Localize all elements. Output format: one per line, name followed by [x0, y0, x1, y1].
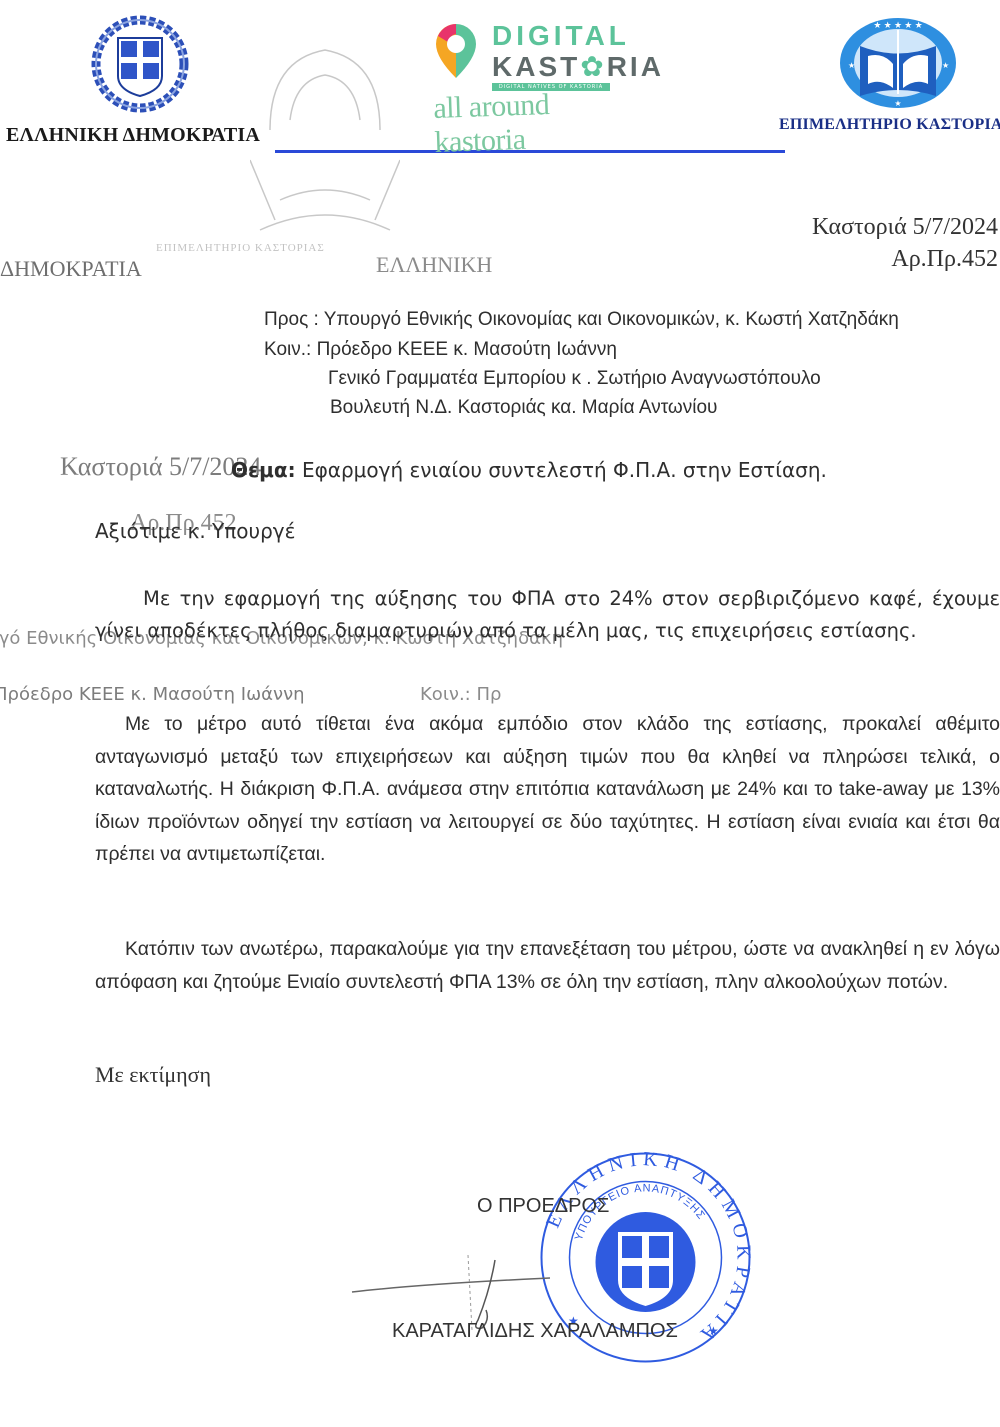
chamber-of-kastoria-logo: ★ ★ ★ ★ ★ ★ ★ ★ [838, 16, 958, 111]
svg-text:★: ★ [894, 99, 901, 108]
subject-text: Εφαρμογή ενιαίου συντελεστή Φ.Π.Α. στην … [302, 458, 827, 482]
svg-text:★: ★ [848, 61, 855, 70]
ghost-text-chamber: ΕΠΙΜΕΛΗΤΗΡΙΟ ΚΑΣΤΟΡΙΑΣ [156, 242, 325, 254]
salutation: Αξιότιμε κ. Υπουργέ [95, 519, 295, 543]
body-paragraph-2: Με το μέτρο αυτό τίθεται ένα ακόμα εμπόδ… [95, 708, 1000, 871]
svg-text:★ ★ ★ ★ ★: ★ ★ ★ ★ ★ [873, 20, 922, 30]
greek-coat-of-arms-logo [90, 14, 190, 114]
digital-kastoria-logo: DIGITAL KAST✿RIA DIGITAL NATIVES OF KAST… [430, 18, 620, 133]
svg-text:★: ★ [708, 1324, 719, 1338]
kastoria-wordmark: KAST✿RIA [492, 50, 664, 83]
body-paragraph-1: Με την εφαρμογή της αύξησης του ΦΠΑ στο … [95, 583, 1000, 647]
signatory-title: Ο ΠΡΟΕΔΡΟΣ [477, 1195, 609, 1218]
digital-wordmark: DIGITAL [492, 20, 630, 52]
government-title: ΕΛΛΗΝΙΚΗ ΔΗΜΟΚΡΑΤΙΑ [6, 124, 260, 147]
body-paragraph-3: Κατόπιν των ανωτέρω, παρακαλούμε για την… [95, 933, 1000, 998]
chamber-title: ΕΠΙΜΕΛΗΤΗΡΙΟ ΚΑΣΤΟΡΙΑΣ [779, 116, 1000, 134]
map-pin-icon [434, 22, 478, 80]
recipient-cc-3: Βουλευτή Ν.Δ. Καστοριάς κα. Μαρία Αντωνί… [330, 397, 717, 419]
subject-line: Θεμα: Εφαρμογή ενιαίου συντελεστή Φ.Π.Α.… [231, 458, 827, 482]
ghost-text-cc-label: Κοιν.: Πρ [420, 684, 501, 705]
protocol-number: Αρ.Πρ.452 [891, 246, 998, 273]
recipient-cc-2: Γενικό Γραμματέα Εμπορίου κ . Σωτήριο Αν… [328, 368, 821, 390]
logo-tagline: all around kastoria [433, 86, 621, 160]
ghost-text-democracy: ΔΗΜΟΚΡΑΤΙΑ [0, 256, 142, 282]
closing-phrase: Με εκτίμηση [95, 1062, 211, 1088]
svg-text:★: ★ [942, 61, 949, 70]
letter-date: Καστοριά 5/7/2024 [812, 214, 998, 241]
recipient-primary: Προς : Υπουργό Εθνικής Οικονομίας και Οι… [264, 309, 899, 331]
recipient-cc-1: Κοιν.: Πρόεδρο ΚΕΕΕ κ. Μασούτη Ιωάννη [264, 339, 617, 361]
subject-label: Θεμα: [231, 458, 296, 482]
signatory-name: ΚΑΡΑΤΑΓΛΙΔΗΣ ΧΑΡΑΛΑΜΠΟΣ [392, 1320, 678, 1343]
ghost-text-hellenic: ΕΛΛΗΝΙΚΗ [376, 252, 492, 278]
faded-emblem-artifact [250, 40, 400, 250]
ghost-text-cc: Πρόεδρο ΚΕΕΕ κ. Μασούτη Ιωάννη [0, 684, 305, 705]
